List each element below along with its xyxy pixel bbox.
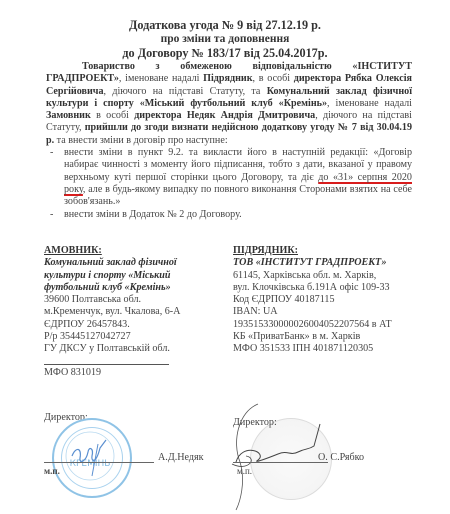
divider-line bbox=[44, 356, 169, 365]
customer-director: директора Недяк Андрія Дмитровича bbox=[134, 110, 315, 121]
customer-detail: 39600 Полтавська обл. bbox=[44, 294, 224, 306]
text-fragment: , іменоване надалі bbox=[119, 73, 203, 84]
customer-requisites: АМОВНИК: Комунальний заклад фізичної кул… bbox=[44, 245, 224, 379]
contractor-signer-name: О. С.Рябко bbox=[318, 452, 364, 463]
customer-heading: АМОВНИК: bbox=[44, 245, 224, 257]
text-fragment: , діючого на підставі Статуту, та bbox=[104, 86, 267, 97]
agreement-body: Товариство з обмеженою відповідальністю … bbox=[46, 61, 412, 221]
customer-signature-line bbox=[44, 462, 154, 463]
contractor-detail: вул. Клочківська б.191А офіс 109-33 bbox=[233, 282, 443, 294]
contractor-signature-line bbox=[233, 462, 328, 463]
stamp-artwork-icon: КРЕМІНЬ bbox=[52, 418, 128, 494]
customer-mfo: МФО 831019 bbox=[44, 367, 224, 379]
contractor-detail: IBAN: UA bbox=[233, 306, 443, 318]
title-line-3: до Договору № 183/17 від 25.04.2017р. bbox=[0, 46, 450, 60]
text-fragment: , іменоване надалі bbox=[327, 98, 412, 109]
customer-seal-label: м.п. bbox=[44, 466, 60, 476]
customer-signer-name: А.Д.Недяк bbox=[158, 452, 204, 463]
list-dash: - bbox=[50, 147, 53, 159]
contractor-detail: МФО 351533 ІПН 401871120305 bbox=[233, 343, 443, 355]
customer-detail: ГУ ДКСУ у Полтавській обл. bbox=[44, 343, 224, 355]
contractor-name-line: ТОВ «ІНСТИТУТ ГРАДПРОЕКТ» bbox=[233, 257, 443, 269]
title-line-1: Додаткова угода № 9 від 27.12.19 р. bbox=[0, 18, 450, 32]
stamp-icon: КРЕМІНЬ bbox=[52, 418, 132, 498]
customer-name-line: культури і спорту «Міський bbox=[44, 270, 224, 282]
customer-name-line: Комунальний заклад фізичної bbox=[44, 257, 224, 269]
customer-detail: м.Кременчук, вул. Чкалова, 6-А bbox=[44, 306, 224, 318]
list-item: -внести зміни в пункт 9.2. та викласти й… bbox=[46, 147, 412, 208]
contractor-detail: 61145, Харківська обл. м. Харків, bbox=[233, 270, 443, 282]
text-fragment: в особі bbox=[91, 110, 134, 121]
svg-text:КРЕМІНЬ: КРЕМІНЬ bbox=[70, 459, 111, 469]
list-item: -внести зміни в Додаток № 2 до Договору. bbox=[46, 209, 412, 221]
document-page: Додаткова угода № 9 від 27.12.19 р. про … bbox=[0, 0, 450, 514]
contractor-detail: 193515330000026004052207564 в АТ bbox=[233, 319, 443, 331]
text-fragment: , в особі bbox=[253, 73, 294, 84]
role-contractor: Підрядник bbox=[203, 73, 252, 84]
list-dash: - bbox=[50, 209, 53, 221]
role-customer: Замовник bbox=[46, 110, 91, 121]
customer-detail: ЄДРПОУ 26457843. bbox=[44, 319, 224, 331]
customer-detail: Р/р 35445127042727 bbox=[44, 331, 224, 343]
text-fragment: та внести зміни в договір про наступне: bbox=[54, 135, 227, 146]
contractor-heading: ПІДРЯДНИК: bbox=[233, 245, 443, 257]
contractor-detail: Код ЄДРПОУ 40187115 bbox=[233, 294, 443, 306]
contractor-seal-label: м.п. bbox=[237, 466, 252, 476]
list-item-text: внести зміни в Додаток № 2 до Договору. bbox=[64, 209, 242, 220]
document-title: Додаткова угода № 9 від 27.12.19 р. про … bbox=[0, 18, 450, 60]
title-line-2: про зміни та доповнення bbox=[0, 32, 450, 46]
list-item-text: , але в будь-якому випадку по повного ви… bbox=[64, 184, 412, 207]
customer-name-line: футбольний клуб «Кремінь» bbox=[44, 282, 224, 294]
contractor-detail: КБ «ПриватБанк» в м. Харків bbox=[233, 331, 443, 343]
preamble-paragraph: Товариство з обмеженою відповідальністю … bbox=[46, 61, 412, 147]
contractor-requisites: ПІДРЯДНИК: ТОВ «ІНСТИТУТ ГРАДПРОЕКТ» 611… bbox=[233, 245, 443, 356]
